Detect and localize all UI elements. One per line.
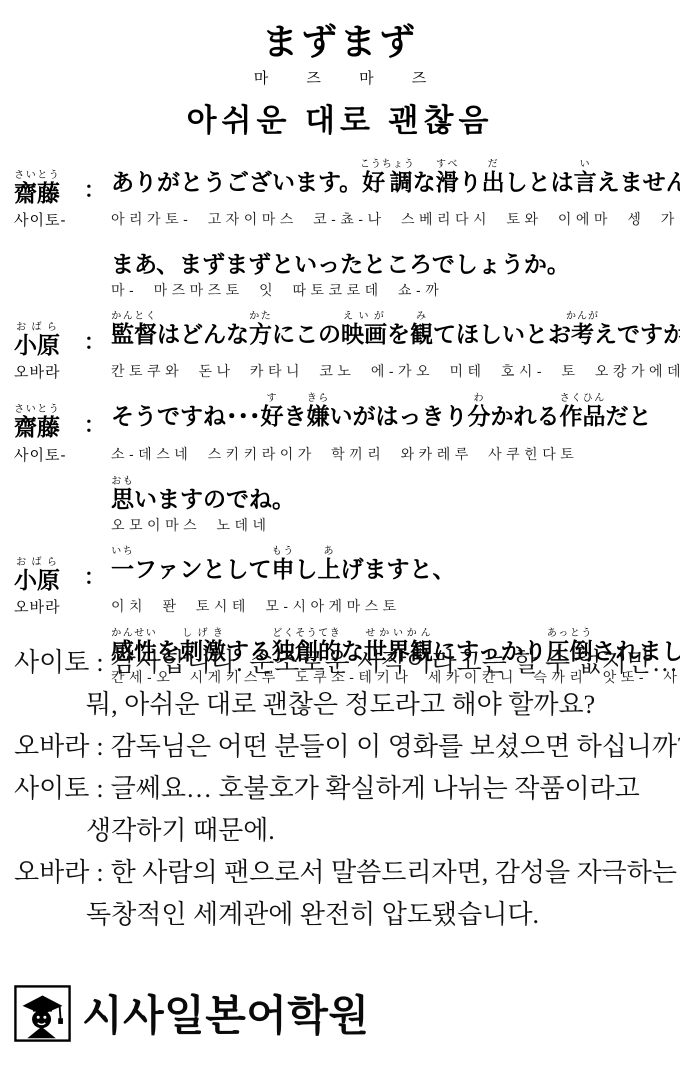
translation-speaker: 사이토 xyxy=(14,774,89,803)
dialogue-japanese-line: 監督かんとくはどんな方かたにこの映画えいがを観みてほしいとお考かんがえですか？ xyxy=(111,308,680,357)
dialogue-section: 齋藤さいとう： ありがとうございます。好調こうちょうな滑すべり出だしとは言いえま… xyxy=(14,156,680,695)
translation-text: 글쎄요… 호불호가 확실하게 나뉘는 작품이라고 xyxy=(111,774,640,803)
speaker-name-korean xyxy=(14,515,111,535)
translation-colon: : xyxy=(96,858,103,887)
translation-speaker: 오바라 xyxy=(14,858,89,887)
dialogue-row: 小原おばら： 一いちファンとして申もうし上あげますと、 오바라 이치 퐌 토시테… xyxy=(14,543,680,617)
korean-transliteration-line: 아리가토- 고자이마스 코-쵸-나 스베리다시 토와 이에마 셍 가 xyxy=(111,209,680,230)
translation-text: 감독님은 어떤 분들이 이 영화를 보셨으면 하십니까? xyxy=(111,732,680,761)
dialogue-row: まあ、まずまずといったところでしょうか。 마- 마즈마즈토 잇 따토코로데 쇼-… xyxy=(14,238,680,300)
translation-section: 사이토:감사합니다. 순조로운 시작이라고는 할 수 없지만…뭐, 아쉬운 대로… xyxy=(14,642,680,936)
speaker-colon: ： xyxy=(84,326,105,356)
translation-line: 생각하기 때문에. xyxy=(14,810,680,852)
korean-transliteration-line: 칸토쿠와 돈나 카타니 코노 에-가오 미테 호시- 토 오캉가에데스까 xyxy=(111,361,680,382)
dialogue-japanese-line: 一いちファンとして申もうし上あげますと、 xyxy=(111,543,680,592)
title-korean-reading: 마 즈 마 즈 xyxy=(0,67,680,88)
dialogue-speaker: 齋藤さいとう： xyxy=(14,156,111,205)
korean-transliteration-line: 오모이마스 노데네 xyxy=(111,515,680,535)
dialogue-row: 思おもいますのでね。 오모이마스 노데네 xyxy=(14,473,680,535)
dialogue-speaker: 小原おばら： xyxy=(14,308,111,357)
translation-text: 한 사람의 팬으로서 말씀드리자면, 감성을 자극하는 xyxy=(111,858,677,887)
speaker-name-korean: 오바라 xyxy=(14,361,111,382)
speaker-colon: ： xyxy=(84,174,105,204)
translation-colon: : xyxy=(96,732,103,761)
speaker-name-japanese: 小原おばら xyxy=(14,557,60,592)
title-korean-meaning: 아쉬운 대로 괜찮음 xyxy=(0,95,680,140)
title-block: まずまず 마 즈 마 즈 아쉬운 대로 괜찮음 xyxy=(0,22,680,140)
academy-logo: 시사일본어학원 xyxy=(14,983,370,1043)
translation-speaker: 오바라 xyxy=(14,732,89,761)
dialogue-row: 齋藤さいとう： そうですね･･･好すき嫌きらいがはっきり分わかれる作品さくひんだ… xyxy=(14,390,680,464)
dialogue-japanese-line: そうですね･･･好すき嫌きらいがはっきり分わかれる作品さくひんだと xyxy=(111,390,680,439)
dialogue-row: 小原おばら： 監督かんとくはどんな方かたにこの映画えいがを観みてほしいとお考かん… xyxy=(14,308,680,382)
speaker-name-korean: 오바라 xyxy=(14,596,111,617)
dialogue-speaker xyxy=(14,473,111,511)
logo-text: 시사일본어학원 xyxy=(82,983,370,1043)
translation-line: 사이토:글쎄요… 호불호가 확실하게 나뉘는 작품이라고 xyxy=(14,768,680,810)
speaker-name-japanese: 小原おばら xyxy=(14,322,60,357)
translation-text: 감사합니다. 순조로운 시작이라고는 할 수 없지만… xyxy=(111,648,678,677)
translation-line: 뭐, 아쉬운 대로 괜찮은 정도라고 해야 할까요? xyxy=(14,684,680,726)
dialogue-japanese-line: まあ、まずまずといったところでしょうか。 xyxy=(111,238,680,276)
korean-transliteration-line: 소-데스네 스키키라이가 학끼리 와카레루 사쿠힌다토 xyxy=(111,444,680,465)
translation-colon: : xyxy=(96,648,103,677)
translation-line: 독창적인 세계관에 완전히 압도됐습니다. xyxy=(14,894,680,936)
title-japanese: まずまず xyxy=(0,22,680,62)
speaker-name-korean: 사이토- xyxy=(14,209,111,230)
dialogue-row: 齋藤さいとう： ありがとうございます。好調こうちょうな滑すべり出だしとは言いえま… xyxy=(14,156,680,230)
scholar-graduate-icon xyxy=(14,985,71,1042)
speaker-colon: ： xyxy=(84,409,105,439)
translation-text: 뭐, 아쉬운 대로 괜찮은 정도라고 해야 할까요? xyxy=(86,690,595,719)
dialogue-japanese-line: 思おもいますのでね。 xyxy=(111,473,680,511)
speaker-name-korean: 사이토- xyxy=(14,444,111,465)
korean-transliteration-line: 마- 마즈마즈토 잇 따토코로데 쇼-까 xyxy=(111,280,680,300)
speaker-name-japanese: 齋藤さいとう xyxy=(14,170,60,205)
korean-transliteration-line: 이치 퐌 토시테 모-시아게마스토 xyxy=(111,596,680,617)
speaker-colon: ： xyxy=(84,561,105,591)
translation-line: 오바라:감독님은 어떤 분들이 이 영화를 보셨으면 하십니까? xyxy=(14,726,680,768)
dialogue-speaker xyxy=(14,238,111,276)
dialogue-speaker: 齋藤さいとう： xyxy=(14,390,111,439)
worksheet-page: まずまず 마 즈 마 즈 아쉬운 대로 괜찮음 齋藤さいとう： ありがとうござい… xyxy=(0,0,680,1077)
translation-text: 독창적인 세계관에 완전히 압도됐습니다. xyxy=(86,900,539,929)
translation-line: 오바라:한 사람의 팬으로서 말씀드리자면, 감성을 자극하는 xyxy=(14,852,680,894)
translation-colon: : xyxy=(96,774,103,803)
speaker-name-korean xyxy=(14,280,111,300)
dialogue-speaker: 小原おばら： xyxy=(14,543,111,592)
speaker-name-japanese: 齋藤さいとう xyxy=(14,404,60,439)
dialogue-japanese-line: ありがとうございます。好調こうちょうな滑すべり出だしとは言いえませんが･･･ xyxy=(111,156,680,205)
translation-line: 사이토:감사합니다. 순조로운 시작이라고는 할 수 없지만… xyxy=(14,642,680,684)
translation-speaker: 사이토 xyxy=(14,648,89,677)
translation-text: 생각하기 때문에. xyxy=(86,816,275,845)
